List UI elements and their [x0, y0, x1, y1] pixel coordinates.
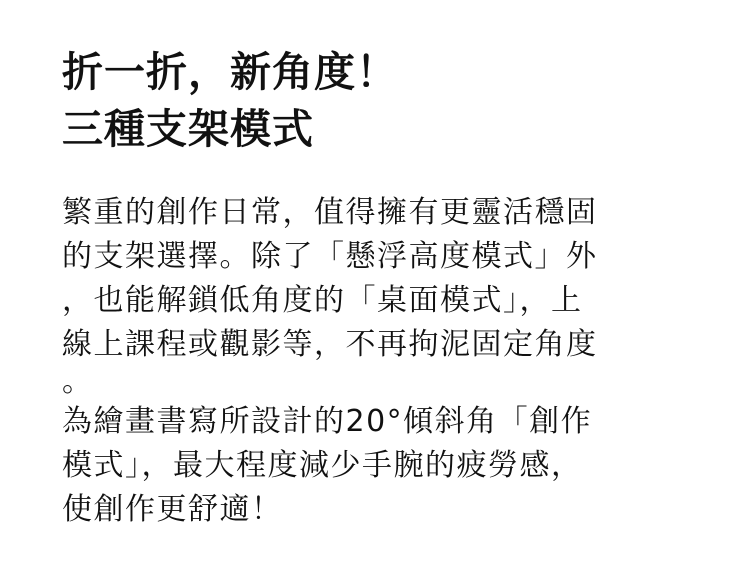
body-line: 線上課程或觀影等，不再拘泥固定角度: [62, 323, 598, 367]
body-line: 繁重的創作日常，值得擁有更靈活穩固: [62, 191, 598, 235]
body-line: ，也能解鎖低角度的「桌面模式」，上: [62, 279, 583, 323]
body-line: 為繪畫書寫所設計的20°傾斜角「創作: [62, 400, 592, 444]
body-line: 模式」，最大程度減少手腕的疲勞感，: [62, 444, 583, 488]
heading-line-1: 折一折，新角度！: [62, 47, 398, 97]
body-line: 的支架選擇。除了「懸浮高度模式」外: [62, 235, 598, 279]
body-line: 使創作更舒適！: [62, 488, 283, 532]
body-line: 。: [62, 360, 94, 404]
heading-line-2: 三種支架模式: [62, 104, 314, 154]
